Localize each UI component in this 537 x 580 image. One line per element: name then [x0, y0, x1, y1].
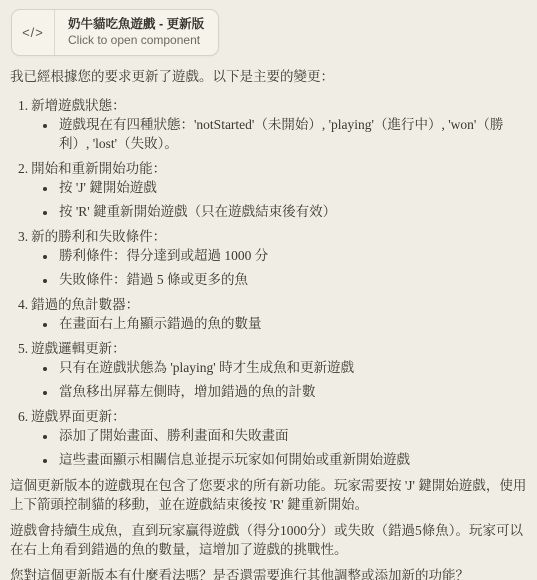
component-open-hint: Click to open component — [68, 33, 204, 48]
bullet-item: 這些畫面顯示相關信息並提示玩家如何開始或重新開始遊戲 — [57, 450, 528, 469]
section-heading-text: 遊戲界面更新： — [31, 409, 126, 424]
section-heading: 6.遊戲界面更新： — [18, 407, 528, 426]
bullet-item: 添加了開始畫面、勝利畫面和失敗畫面 — [57, 426, 528, 445]
bullet-item: 按 'J' 鍵開始遊戲 — [57, 178, 528, 197]
section-heading-text: 新的勝利和失敗條件： — [31, 229, 166, 244]
bullet-item: 遊戲現在有四種狀態：'notStarted'（未開始）, 'playing'（進… — [57, 115, 528, 153]
section-number: 3. — [18, 229, 28, 244]
bullet-list: 按 'J' 鍵開始遊戲 按 'R' 鍵重新開始遊戲（只在遊戲結束後有效） — [18, 178, 528, 221]
section-number: 5. — [18, 341, 28, 356]
section-heading-text: 新增遊戲狀態： — [31, 98, 126, 113]
component-card[interactable]: </> 奶牛貓吃魚遊戲 - 更新版 Click to open componen… — [11, 9, 219, 56]
component-title: 奶牛貓吃魚遊戲 - 更新版 — [68, 16, 204, 33]
section-heading: 3.新的勝利和失敗條件： — [18, 227, 528, 246]
bullet-item: 勝利條件：得分達到或超過 1000 分 — [57, 246, 528, 265]
component-card-icon-cell: </> — [12, 10, 55, 55]
section-heading-text: 錯過的魚計數器： — [31, 297, 139, 312]
section-heading: 4.錯過的魚計數器： — [18, 295, 528, 314]
section-heading: 2.開始和重新開始功能： — [18, 159, 528, 178]
intro-paragraph: 我已經根據您的要求更新了遊戲。以下是主要的變更： — [10, 67, 528, 86]
section-number: 6. — [18, 409, 28, 424]
bullet-item: 在畫面右上角顯示錯過的魚的數量 — [57, 314, 528, 333]
bullet-item: 只有在遊戲狀態為 'playing' 時才生成魚和更新遊戲 — [57, 358, 528, 377]
bullet-list: 遊戲現在有四種狀態：'notStarted'（未開始）, 'playing'（進… — [18, 115, 528, 153]
list-item: 4.錯過的魚計數器： 在畫面右上角顯示錯過的魚的數量 — [18, 295, 528, 333]
chat-message-area: </> 奶牛貓吃魚遊戲 - 更新版 Click to open componen… — [0, 0, 537, 580]
list-item: 6.遊戲界面更新： 添加了開始畫面、勝利畫面和失敗畫面 這些畫面顯示相關信息並提… — [18, 407, 528, 469]
section-heading-text: 遊戲邏輯更新： — [31, 341, 126, 356]
bullet-item: 按 'R' 鍵重新開始遊戲（只在遊戲結束後有效） — [57, 202, 528, 221]
list-item: 3.新的勝利和失敗條件： 勝利條件：得分達到或超過 1000 分 失敗條件：錯過… — [18, 227, 528, 289]
component-card-text: 奶牛貓吃魚遊戲 - 更新版 Click to open component — [55, 10, 218, 55]
bullet-item: 當魚移出屏幕左側時，增加錯過的魚的計數 — [57, 382, 528, 401]
summary-paragraph: 這個更新版本的遊戲現在包含了您要求的所有新功能。玩家需要按 'J' 鍵開始遊戲，… — [10, 476, 528, 514]
section-number: 2. — [18, 161, 28, 176]
gameplay-paragraph: 遊戲會持續生成魚，直到玩家贏得遊戲（得分1000分）或失敗（錯過5條魚）。玩家可… — [10, 521, 528, 559]
change-list: 1.新增遊戲狀態： 遊戲現在有四種狀態：'notStarted'（未開始）, '… — [18, 96, 528, 469]
list-item: 5.遊戲邏輯更新： 只有在遊戲狀態為 'playing' 時才生成魚和更新遊戲 … — [18, 339, 528, 401]
list-item: 2.開始和重新開始功能： 按 'J' 鍵開始遊戲 按 'R' 鍵重新開始遊戲（只… — [18, 159, 528, 221]
bullet-list: 勝利條件：得分達到或超過 1000 分 失敗條件：錯過 5 條或更多的魚 — [18, 246, 528, 289]
list-item: 1.新增遊戲狀態： 遊戲現在有四種狀態：'notStarted'（未開始）, '… — [18, 96, 528, 153]
followup-question: 您對這個更新版本有什麼看法嗎？是否還需要進行其他調整或添加新的功能？ — [10, 566, 528, 580]
bullet-list: 在畫面右上角顯示錯過的魚的數量 — [18, 314, 528, 333]
section-heading: 1.新增遊戲狀態： — [18, 96, 528, 115]
section-number: 1. — [18, 98, 28, 113]
bullet-item: 失敗條件：錯過 5 條或更多的魚 — [57, 270, 528, 289]
section-number: 4. — [18, 297, 28, 312]
code-icon: </> — [22, 25, 44, 40]
section-heading-text: 開始和重新開始功能： — [31, 161, 166, 176]
bullet-list: 添加了開始畫面、勝利畫面和失敗畫面 這些畫面顯示相關信息並提示玩家如何開始或重新… — [18, 426, 528, 469]
section-heading: 5.遊戲邏輯更新： — [18, 339, 528, 358]
bullet-list: 只有在遊戲狀態為 'playing' 時才生成魚和更新遊戲 當魚移出屏幕左側時，… — [18, 358, 528, 401]
assistant-message: 我已經根據您的要求更新了遊戲。以下是主要的變更： 1.新增遊戲狀態： 遊戲現在有… — [10, 67, 528, 580]
